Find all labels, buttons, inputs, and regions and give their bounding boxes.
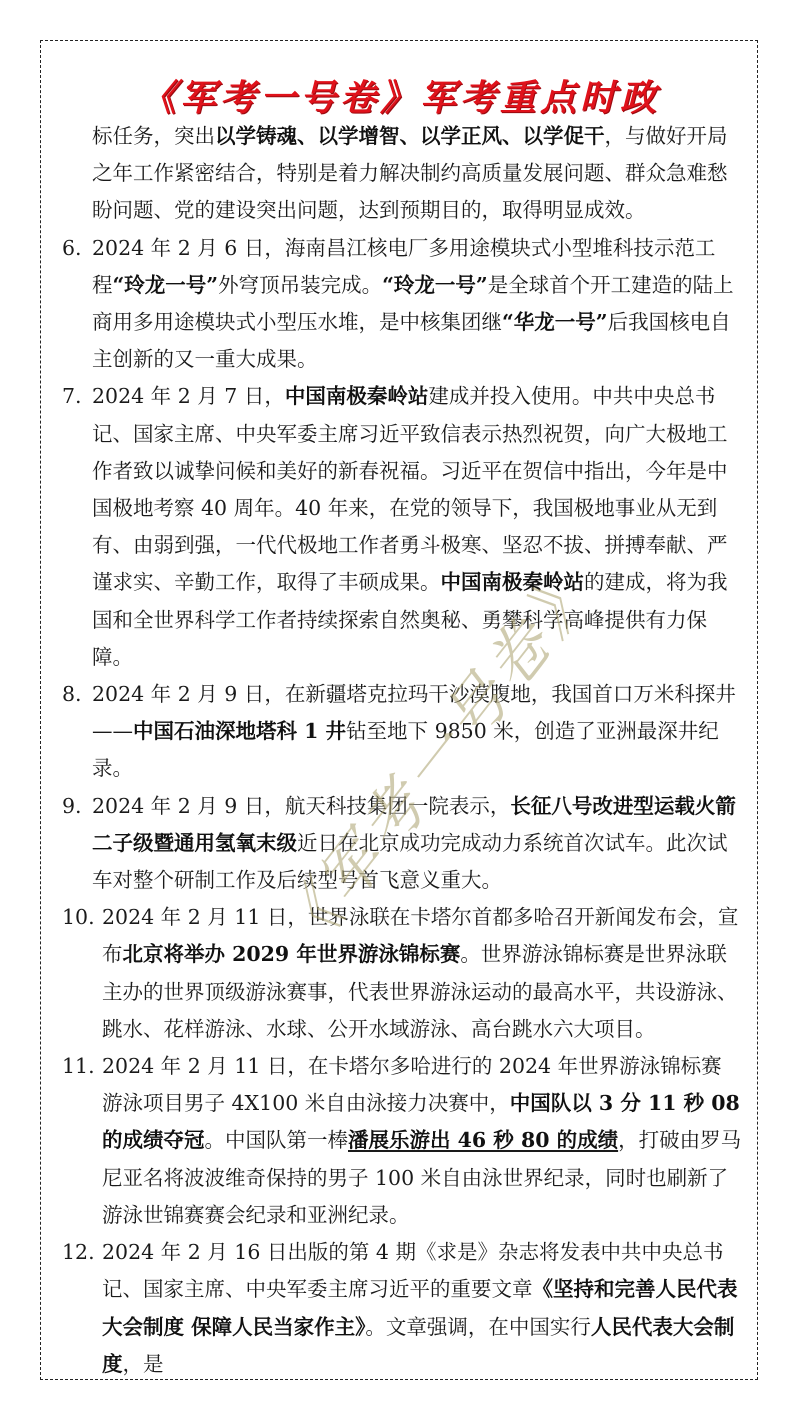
news-item: 12.2024 年 2 月 16 日出版的第 4 期《求是》杂志将发表中共中央总… — [62, 1234, 742, 1383]
news-items-list: 6.2024 年 2 月 6 日，海南昌江核电厂多用途模块式小型堆科技示范工程“… — [62, 230, 742, 1383]
body-text: 建成并投入使用。中共中央总书记、国家主席、中央军委主席习近平致信表示热烈祝贺，向… — [92, 384, 728, 594]
emphasis-text: 中国南极秦岭站 — [441, 570, 585, 594]
emphasis-text: 中国石油深地塔科 1 井 — [133, 719, 346, 743]
body-text: 2024 年 2 月 7 日， — [92, 384, 285, 408]
emphasis-text: “玲龙一号” — [382, 273, 488, 297]
body-text: 。中国队第一棒 — [205, 1128, 349, 1152]
item-number: 7. — [62, 378, 92, 415]
news-item: 6.2024 年 2 月 6 日，海南昌江核电厂多用途模块式小型堆科技示范工程“… — [62, 230, 742, 379]
body-text: 外穹顶吊装完成。 — [218, 273, 382, 297]
underlined-emphasis: 潘展乐游出 46 秒 80 的成绩 — [348, 1128, 618, 1152]
body-text: 。文章强调，在中国实行 — [365, 1315, 591, 1339]
emphasis-text: “玲龙一号” — [113, 273, 219, 297]
item-number: 11. — [62, 1048, 102, 1085]
emphasis-text: 潘展乐游出 46 秒 80 的成绩 — [348, 1128, 618, 1152]
body-text: ，是 — [123, 1352, 164, 1376]
emphasis-text: 中国南极秦岭站 — [285, 384, 429, 408]
item-number: 9. — [62, 788, 92, 825]
news-item: 11.2024 年 2 月 11 日，在卡塔尔多哈进行的 2024 年世界游泳锦… — [62, 1048, 742, 1234]
item-number: 8. — [62, 676, 92, 713]
news-item: 9.2024 年 2 月 9 日，航天科技集团一院表示，长征八号改进型运载火箭二… — [62, 788, 742, 900]
document-body: 标任务，突出以学铸魂、以学增智、以学正风、以学促干，与做好开局之年工作紧密结合，… — [62, 118, 742, 1383]
news-item: 7.2024 年 2 月 7 日，中国南极秦岭站建成并投入使用。中共中央总书记、… — [62, 378, 742, 676]
emphasis-text: 北京将举办 2029 年世界游泳锦标赛 — [123, 942, 461, 966]
intro-continuation: 标任务，突出以学铸魂、以学增智、以学正风、以学促干，与做好开局之年工作紧密结合，… — [62, 118, 742, 230]
news-item: 8.2024 年 2 月 9 日，在新疆塔克拉玛干沙漠腹地，我国首口万米科探井—… — [62, 676, 742, 788]
item-number: 12. — [62, 1234, 102, 1271]
body-text: 标任务，突出 — [92, 124, 215, 148]
item-number: 6. — [62, 230, 92, 267]
emphasis-text: 以学铸魂、以学增智、以学正风、以学促干 — [215, 124, 605, 148]
news-item: 10.2024 年 2 月 11 日，世界泳联在卡塔尔首都多哈召开新闻发布会，宣… — [62, 899, 742, 1048]
page-title: 《军考一号卷》军考重点时政 — [0, 72, 800, 124]
body-text: 2024 年 2 月 9 日，航天科技集团一院表示， — [92, 794, 510, 818]
emphasis-text: “华龙一号” — [502, 310, 608, 334]
item-number: 10. — [62, 899, 102, 936]
